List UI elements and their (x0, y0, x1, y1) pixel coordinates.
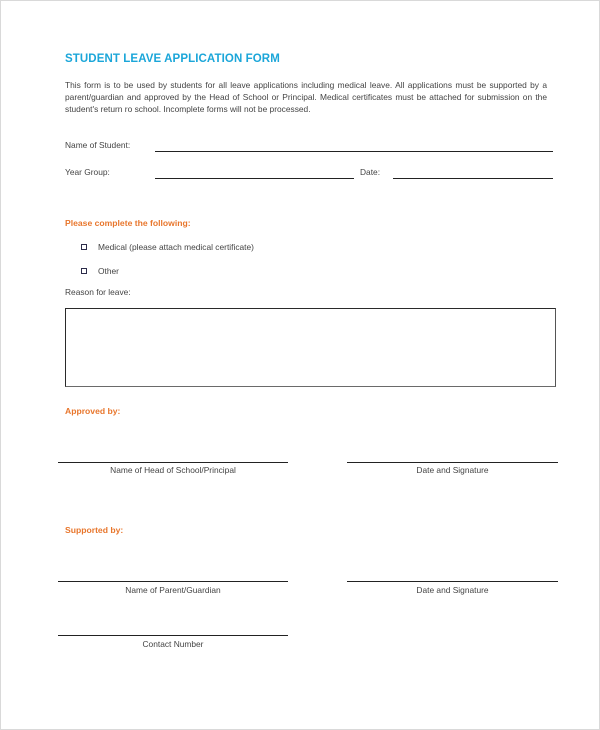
form-title: STUDENT LEAVE APPLICATION FORM (65, 53, 280, 65)
head-of-school-name-line[interactable] (58, 462, 288, 463)
checkbox-medical[interactable] (81, 244, 87, 250)
contact-number-line[interactable] (58, 635, 288, 636)
form-instructions: This form is to be used by students for … (65, 79, 547, 116)
supported-by-heading: Supported by: (65, 525, 123, 535)
approval-date-signature-caption: Date and Signature (347, 465, 558, 475)
student-name-field[interactable] (155, 151, 553, 152)
form-page: STUDENT LEAVE APPLICATION FORM This form… (0, 0, 600, 730)
reason-label: Reason for leave: (65, 287, 131, 297)
parent-guardian-name-line[interactable] (58, 581, 288, 582)
parent-guardian-name-caption: Name of Parent/Guardian (58, 585, 288, 595)
leave-option-medical[interactable]: Medical (please attach medical certifica… (81, 242, 254, 252)
leave-option-medical-label: Medical (please attach medical certifica… (98, 242, 254, 252)
student-name-label: Name of Student: (65, 140, 130, 150)
date-label: Date: (360, 167, 380, 177)
leave-type-heading: Please complete the following: (65, 218, 191, 228)
date-field[interactable] (393, 178, 553, 179)
leave-option-other-label: Other (98, 266, 119, 276)
head-of-school-name-caption: Name of Head of School/Principal (58, 465, 288, 475)
checkbox-other[interactable] (81, 268, 87, 274)
reason-textarea[interactable] (65, 308, 556, 387)
year-group-label: Year Group: (65, 167, 110, 177)
support-date-signature-caption: Date and Signature (347, 585, 558, 595)
support-date-signature-line[interactable] (347, 581, 558, 582)
approved-by-heading: Approved by: (65, 406, 120, 416)
contact-number-caption: Contact Number (58, 639, 288, 649)
year-group-field[interactable] (155, 178, 354, 179)
approval-date-signature-line[interactable] (347, 462, 558, 463)
leave-option-other[interactable]: Other (81, 266, 119, 276)
